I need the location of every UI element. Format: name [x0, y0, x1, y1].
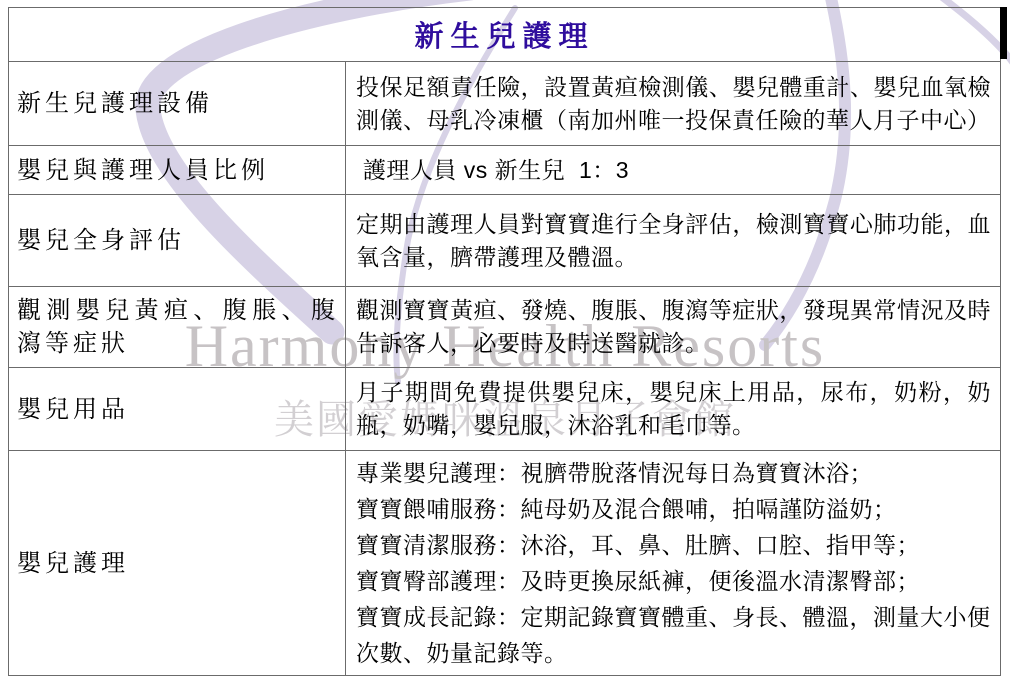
- care-line: 寶寶成長記錄：定期記錄寶寶體重、身長、體溫，測量大小便次數、奶量記錄等。: [356, 599, 991, 671]
- newborn-care-table: 新生兒護理 新生兒護理設備 投保足額責任險，設置黃疸檢測儀、嬰兒體重計、嬰兒血氧…: [8, 7, 1001, 676]
- row-label-equipment: 新生兒護理設備: [9, 62, 346, 146]
- care-line: 寶寶清潔服務：沐浴，耳、鼻、肚臍、口腔、指甲等；: [356, 527, 991, 563]
- row-label-care: 嬰兒護理: [9, 451, 346, 676]
- row-content-observation: 觀測寶寶黃疸、發燒、腹脹、腹瀉等症狀，發現異常情況及時告訴客人，必要時及時送醫就…: [346, 287, 1001, 368]
- table-title-row: 新生兒護理: [9, 8, 1001, 62]
- table-row: 嬰兒用品 月子期間免費提供嬰兒床，嬰兒床上用品，尿布，奶粉，奶瓶，奶嘴，嬰兒服，…: [9, 368, 1001, 451]
- row-content-care: 專業嬰兒護理：視臍帶脫落情況每日為寶寶沐浴； 寶寶餵哺服務：純母奶及混合餵哺，拍…: [346, 451, 1001, 676]
- row-content-assessment: 定期由護理人員對寶寶進行全身評估，檢測寶寶心肺功能，血氧含量，臍帶護理及體溫。: [346, 195, 1001, 287]
- care-line: 寶寶餵哺服務：純母奶及混合餵哺，拍嗝謹防溢奶；: [356, 491, 991, 527]
- table-row: 嬰兒與護理人員比例 護理人員 vs 新生兒 1：3: [9, 146, 1001, 195]
- care-line: 寶寶臀部護理：及時更換尿紙褲，便後溫水清潔臀部；: [356, 563, 991, 599]
- table-row: 嬰兒全身評估 定期由護理人員對寶寶進行全身評估，檢測寶寶心肺功能，血氧含量，臍帶…: [9, 195, 1001, 287]
- table-row: 嬰兒護理 專業嬰兒護理：視臍帶脫落情況每日為寶寶沐浴； 寶寶餵哺服務：純母奶及混…: [9, 451, 1001, 676]
- row-content-equipment: 投保足額責任險，設置黃疸檢測儀、嬰兒體重計、嬰兒血氧檢測儀、母乳冷凍櫃（南加州唯…: [346, 62, 1001, 146]
- row-label-observation: 觀測嬰兒黃疸、腹脹、腹瀉等症狀: [9, 287, 346, 368]
- table-row: 觀測嬰兒黃疸、腹脹、腹瀉等症狀 觀測寶寶黃疸、發燒、腹脹、腹瀉等症狀，發現異常情…: [9, 287, 1001, 368]
- page: Harmony Health Resorts 美國愛媽咪溫泉月子會館 新生兒護理…: [0, 0, 1010, 679]
- row-content-ratio: 護理人員 vs 新生兒 1：3: [346, 146, 1001, 195]
- table-row: 新生兒護理設備 投保足額責任險，設置黃疸檢測儀、嬰兒體重計、嬰兒血氧檢測儀、母乳…: [9, 62, 1001, 146]
- row-label-supplies: 嬰兒用品: [9, 368, 346, 451]
- table-title: 新生兒護理: [9, 8, 1001, 62]
- row-label-ratio: 嬰兒與護理人員比例: [9, 146, 346, 195]
- row-content-supplies: 月子期間免費提供嬰兒床，嬰兒床上用品，尿布，奶粉，奶瓶，奶嘴，嬰兒服，沐浴乳和毛…: [346, 368, 1001, 451]
- title-row-right-black-bar: [1000, 7, 1007, 59]
- care-line: 專業嬰兒護理：視臍帶脫落情況每日為寶寶沐浴；: [356, 455, 991, 491]
- row-label-assessment: 嬰兒全身評估: [9, 195, 346, 287]
